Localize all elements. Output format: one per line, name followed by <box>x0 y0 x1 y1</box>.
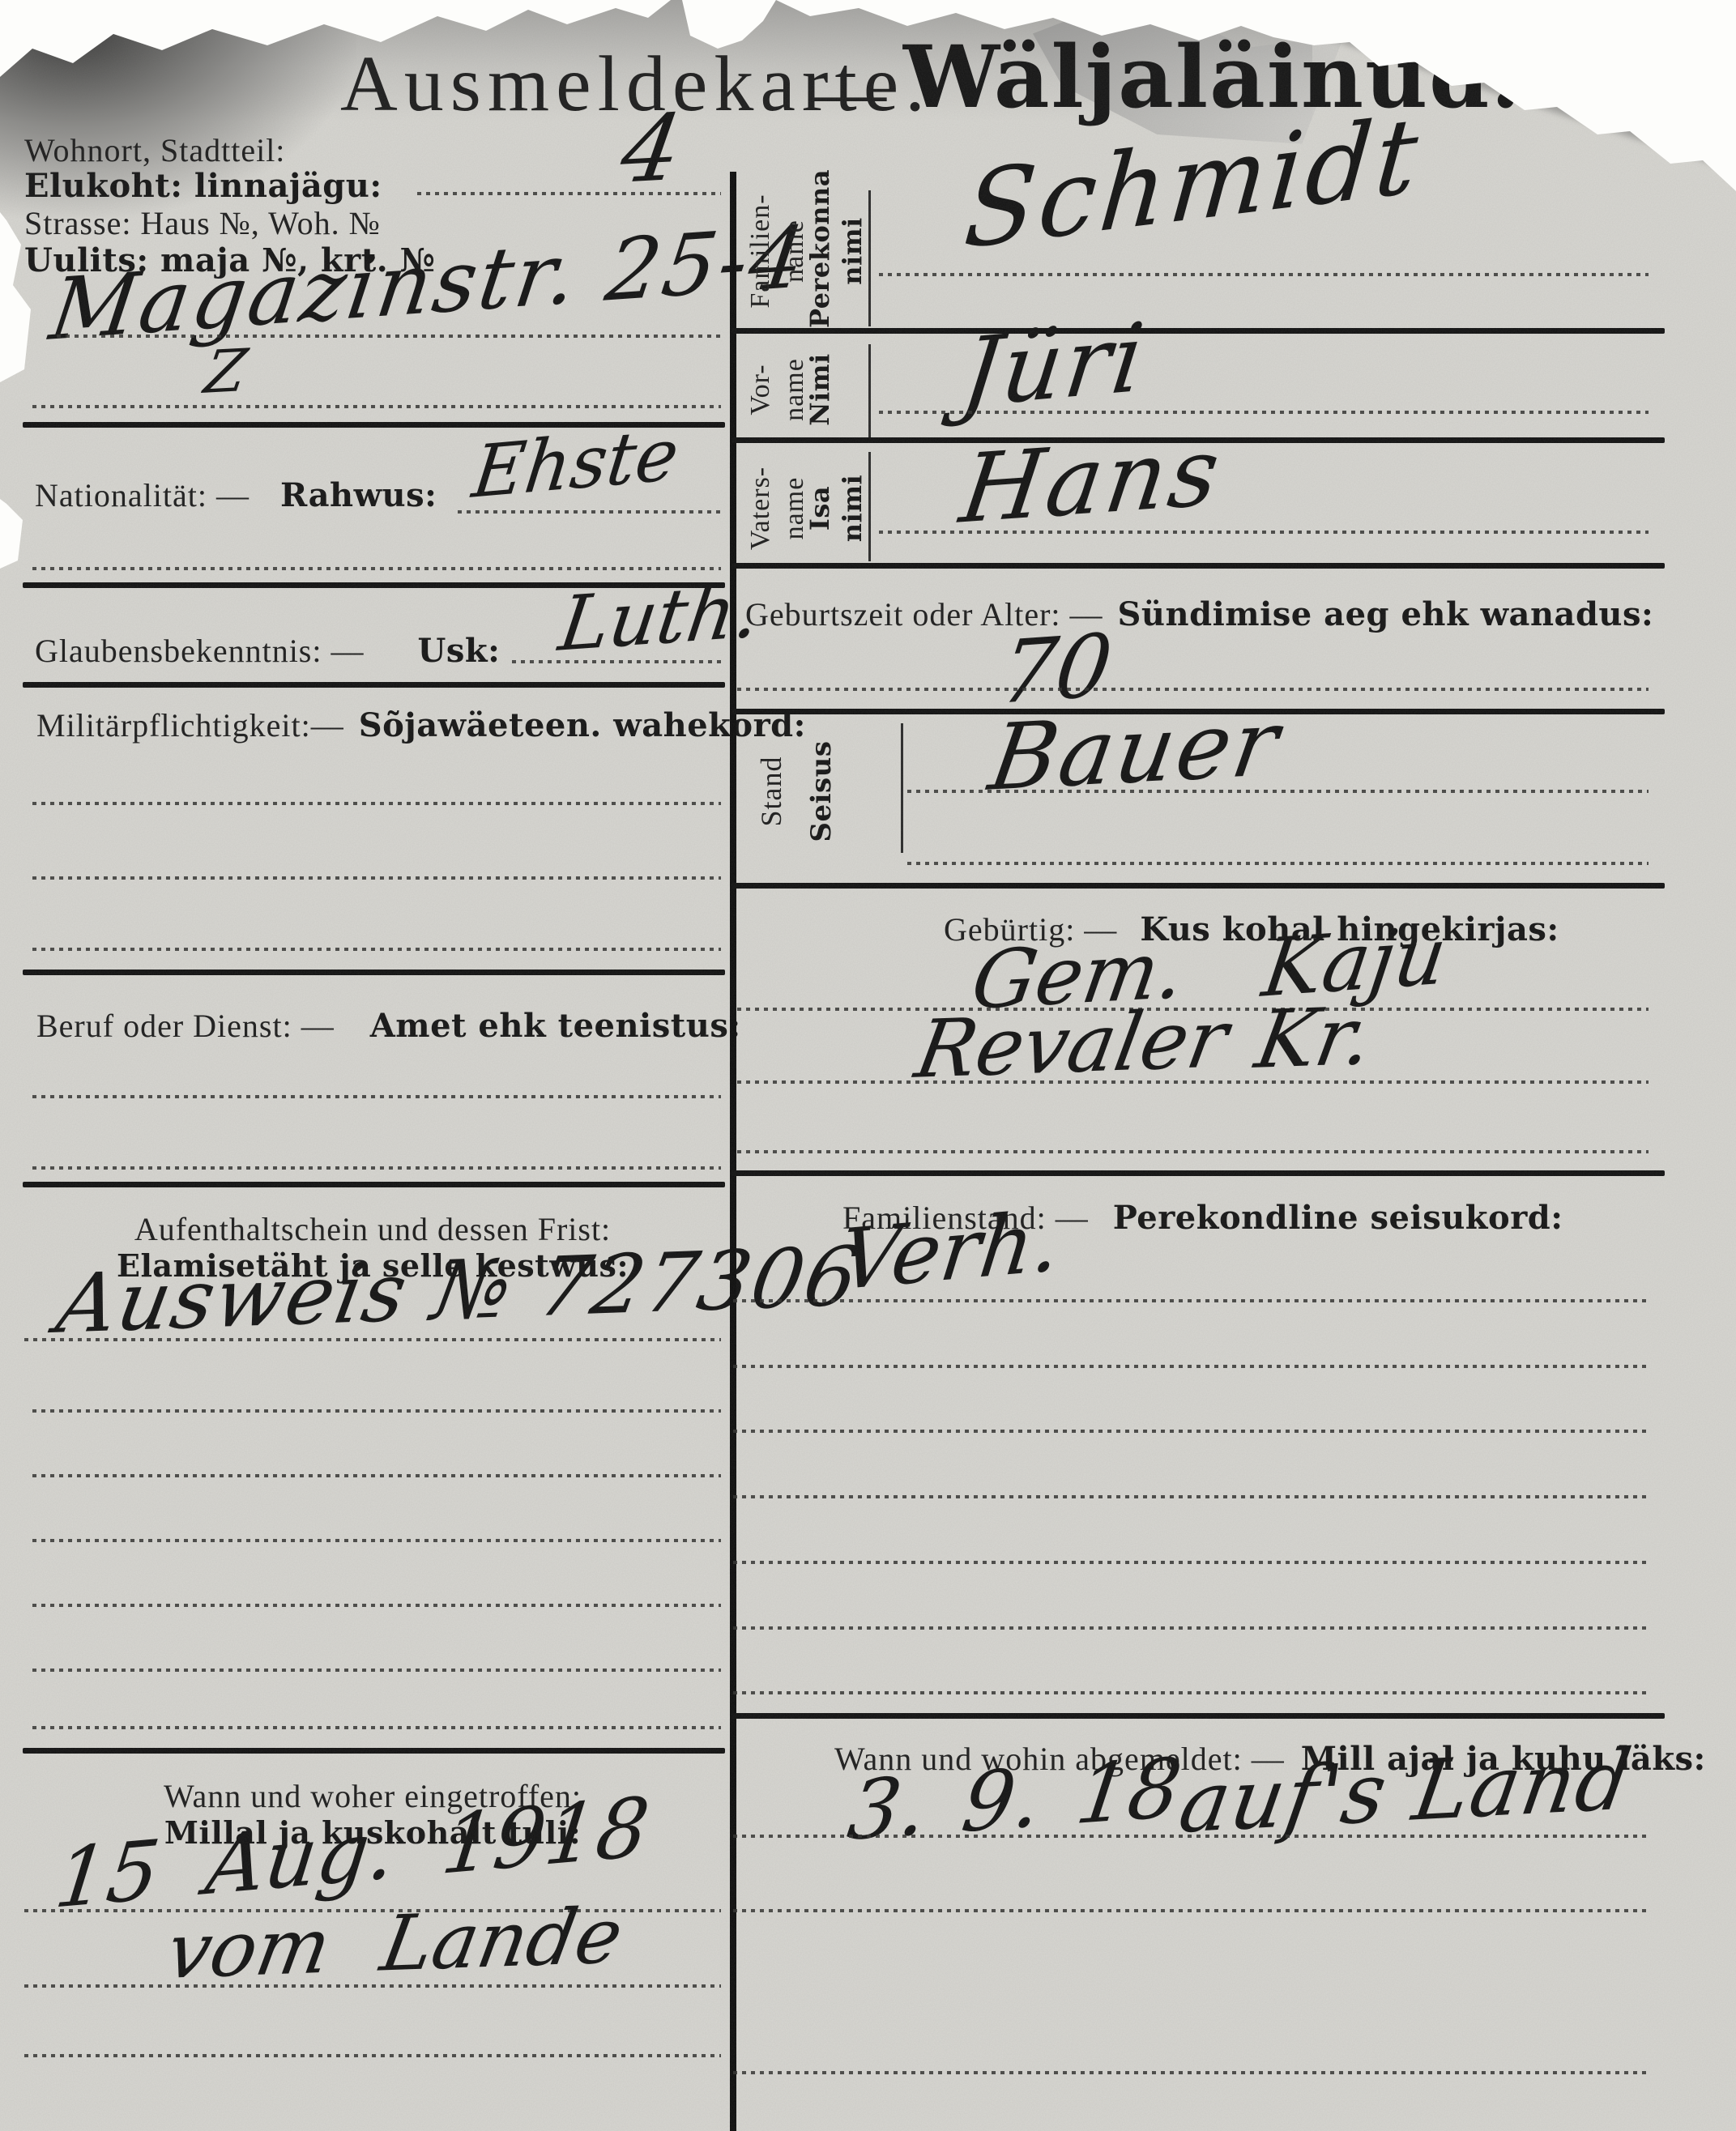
label-suendimise: Sündimise aeg ehk wanadus: <box>1118 595 1654 633</box>
field-label-givenname-et: Nimi <box>804 342 836 437</box>
dotted-line <box>32 876 721 880</box>
dotted-line <box>32 1539 721 1542</box>
dotted-line <box>733 1691 1649 1694</box>
dotted-line <box>879 531 1649 534</box>
field-label-strasse: Strasse: Haus №, Woh. № <box>24 204 381 242</box>
row-divider <box>732 883 1665 889</box>
dotted-line <box>32 567 721 570</box>
field-label-fathername-et: Isa nimi <box>804 454 868 563</box>
handwritten-nationality: Ehste <box>468 411 683 514</box>
label-beruf: Beruf oder Dienst: — <box>36 1008 335 1044</box>
dotted-line <box>879 411 1649 414</box>
dotted-line <box>512 660 721 663</box>
field-label-fathername-de: Vaters- name <box>744 454 812 563</box>
label-separator-line <box>868 190 871 326</box>
dotted-line <box>907 790 1649 793</box>
paper-sheet: Ausmeldekarte. — Wäljaläinud. Wohnort, S… <box>0 0 1736 2131</box>
label-glaubensbekenntnis: Glaubensbekenntnis: — <box>35 633 365 669</box>
dotted-line <box>733 1430 1649 1433</box>
handwritten-family-status: Verh. <box>834 1193 1065 1310</box>
field-label-occupation: Beruf oder Dienst: — Amet ehk teenistus: <box>36 1007 741 1045</box>
section-divider <box>23 1748 725 1754</box>
field-label-surname-et: Perekonna nimi <box>804 174 868 328</box>
label-separator-line <box>868 344 871 440</box>
dotted-line <box>907 862 1649 865</box>
dotted-line <box>32 1604 721 1607</box>
dotted-line <box>733 1835 1649 1838</box>
dotted-line <box>733 1909 1649 1912</box>
dotted-line <box>879 273 1649 276</box>
dotted-line <box>57 335 721 338</box>
field-label-birth: Geburtszeit oder Alter: — Sündimise aeg … <box>745 595 1653 633</box>
dotted-line <box>417 192 721 195</box>
dotted-line <box>733 1365 1649 1368</box>
field-label-religion: Glaubensbekenntnis: — Usk: <box>35 632 500 670</box>
field-label-wohnort: Wohnort, Stadtteil: <box>24 131 285 169</box>
dotted-line <box>737 1150 1649 1153</box>
row-divider <box>732 563 1665 569</box>
label-rahwus: Rahwus: <box>280 476 437 514</box>
dotted-line <box>32 1669 721 1672</box>
dotted-line <box>24 1984 721 1988</box>
dotted-line <box>737 1080 1649 1084</box>
field-label-elukoht: Elukoht: linnajägu: <box>24 167 382 205</box>
dotted-line <box>32 1409 721 1413</box>
dotted-line <box>733 1299 1649 1302</box>
row-divider <box>732 1170 1665 1176</box>
dotted-line <box>24 1338 721 1341</box>
dotted-line <box>737 688 1649 691</box>
dotted-line <box>32 802 721 805</box>
field-label-seisus: Seisus <box>804 718 839 865</box>
label-nationalitaet: Nationalität: — <box>35 477 250 514</box>
label-separator-line <box>901 723 903 853</box>
handwritten-father-name: Hans <box>954 416 1229 545</box>
field-label-stand: Stand <box>753 718 789 865</box>
dotted-line <box>32 1474 721 1477</box>
dotted-line <box>24 2054 721 2057</box>
dotted-line <box>458 510 721 514</box>
dotted-line <box>733 1626 1649 1630</box>
label-amet: Amet ehk teenistus: <box>370 1007 741 1045</box>
field-label-nationality: Nationalität: — Rahwus: <box>35 476 437 514</box>
field-label-givenname-de: Vor- name <box>744 342 812 437</box>
label-militaerpflichtigkeit: Militärpflichtigkeit:— <box>36 707 344 744</box>
dotted-line <box>733 1495 1649 1498</box>
dotted-line <box>733 1561 1649 1564</box>
dotted-line <box>32 1095 721 1098</box>
label-usk: Usk: <box>418 632 501 670</box>
section-divider <box>23 1182 725 1187</box>
card-title-estonian: Wäljaläinud. <box>903 26 1522 127</box>
label-separator-line <box>868 452 871 561</box>
section-divider <box>23 970 725 975</box>
dotted-line <box>32 948 721 951</box>
handwritten-origin-district-suffix: Kr. <box>1249 990 1380 1087</box>
row-divider <box>732 1713 1665 1719</box>
dotted-line <box>733 2071 1649 2074</box>
dotted-line <box>32 1726 721 1729</box>
section-divider <box>23 682 725 688</box>
row-divider <box>732 328 1665 334</box>
field-label-surname-de: Familien- name <box>744 174 812 328</box>
label-perekondline: Perekondline seisukord: <box>1113 1199 1563 1237</box>
handwritten-arrival-origin: vom Lande <box>160 1892 629 1997</box>
dotted-line <box>32 1166 721 1170</box>
handwritten-status: Bauer <box>983 690 1287 812</box>
scan-backing: Ausmeldekarte. — Wäljaläinud. Wohnort, S… <box>0 0 1736 2131</box>
field-label-military: Militärpflichtigkeit:— Sõjawäeteen. wahe… <box>36 706 806 744</box>
title-dash: — <box>812 49 887 134</box>
dotted-line <box>32 405 721 408</box>
